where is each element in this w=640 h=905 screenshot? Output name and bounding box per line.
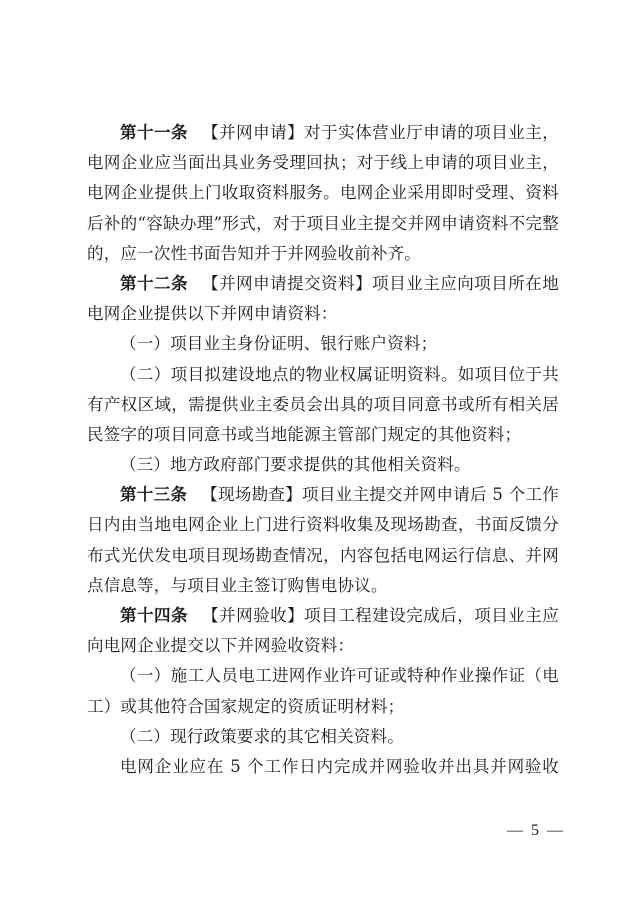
article-13-line-2: 日内由当地电网企业上门进行资料收集及现场勘查，书面反馈分 [87,510,559,540]
article-13-line-4: 点信息等，与项目业主签订购售电协议。 [87,571,559,601]
article-11-line-4: 后补的“容缺办理”形式，对于项目业主提交并网申请资料不完整 [87,209,559,239]
article-11-line-2: 电网企业应当面出具业务受理回执；对于线上申请的项目业主， [87,148,559,178]
article-12-item-2-line-1: （二）项目拟建设地点的物业权属证明资料。如项目位于共 [87,360,559,390]
article-11-line-3: 电网企业提供上门收取资料服务。电网企业采用即时受理、资料 [87,178,559,208]
article-12-item-1: （一）项目业主身份证明、银行账户资料； [87,329,559,359]
article-12-line-2: 电网企业提供以下并网申请资料： [87,299,559,329]
article-14-line-2: 向电网企业提交以下并网验收资料： [87,631,559,661]
article-number: 第十二条 [120,274,188,293]
article-14-tail: 电网企业应在 5 个工作日内完成并网验收并出具并网验收 [87,752,559,782]
article-number: 第十三条 [120,485,187,504]
article-13-line-3: 布式光伏发电项目现场勘查情况，内容包括电网运行信息、并网 [87,541,559,571]
article-14-line-1: 第十四条【并网验收】项目工程建设完成后，项目业主应 [87,601,559,631]
document-body: 第十一条【并网申请】对于实体营业厅申请的项目业主， 电网企业应当面出具业务受理回… [87,118,559,782]
article-13-line-1: 第十三条【现场勘查】项目业主提交并网申请后 5 个工作 [87,480,559,510]
page-number: — 5 — [507,822,565,840]
article-12-item-2-line-3: 民签字的项目同意书或当地能源主管部门规定的其他资料； [87,420,559,450]
article-11-line-5: 的，应一次性书面告知并于并网验收前补齐。 [87,239,559,269]
article-number: 第十四条 [120,606,188,625]
article-11-line-1: 第十一条【并网申请】对于实体营业厅申请的项目业主， [87,118,559,148]
article-12-item-3: （三）地方政府部门要求提供的其他相关资料。 [87,450,559,480]
article-14-item-1-line-1: （一）施工人员电工进网作业许可证或特种作业操作证（电 [87,661,559,691]
article-12-line-1: 第十二条【并网申请提交资料】项目业主应向项目所在地 [87,269,559,299]
article-14-item-2: （二）现行政策要求的其它相关资料。 [87,722,559,752]
article-14-item-1-line-2: 工）或其他符合国家规定的资质证明材料； [87,692,559,722]
article-12-item-2-line-2: 有产权区域，需提供业主委员会出具的项目同意书或所有相关居 [87,390,559,420]
article-number: 第十一条 [120,123,188,142]
